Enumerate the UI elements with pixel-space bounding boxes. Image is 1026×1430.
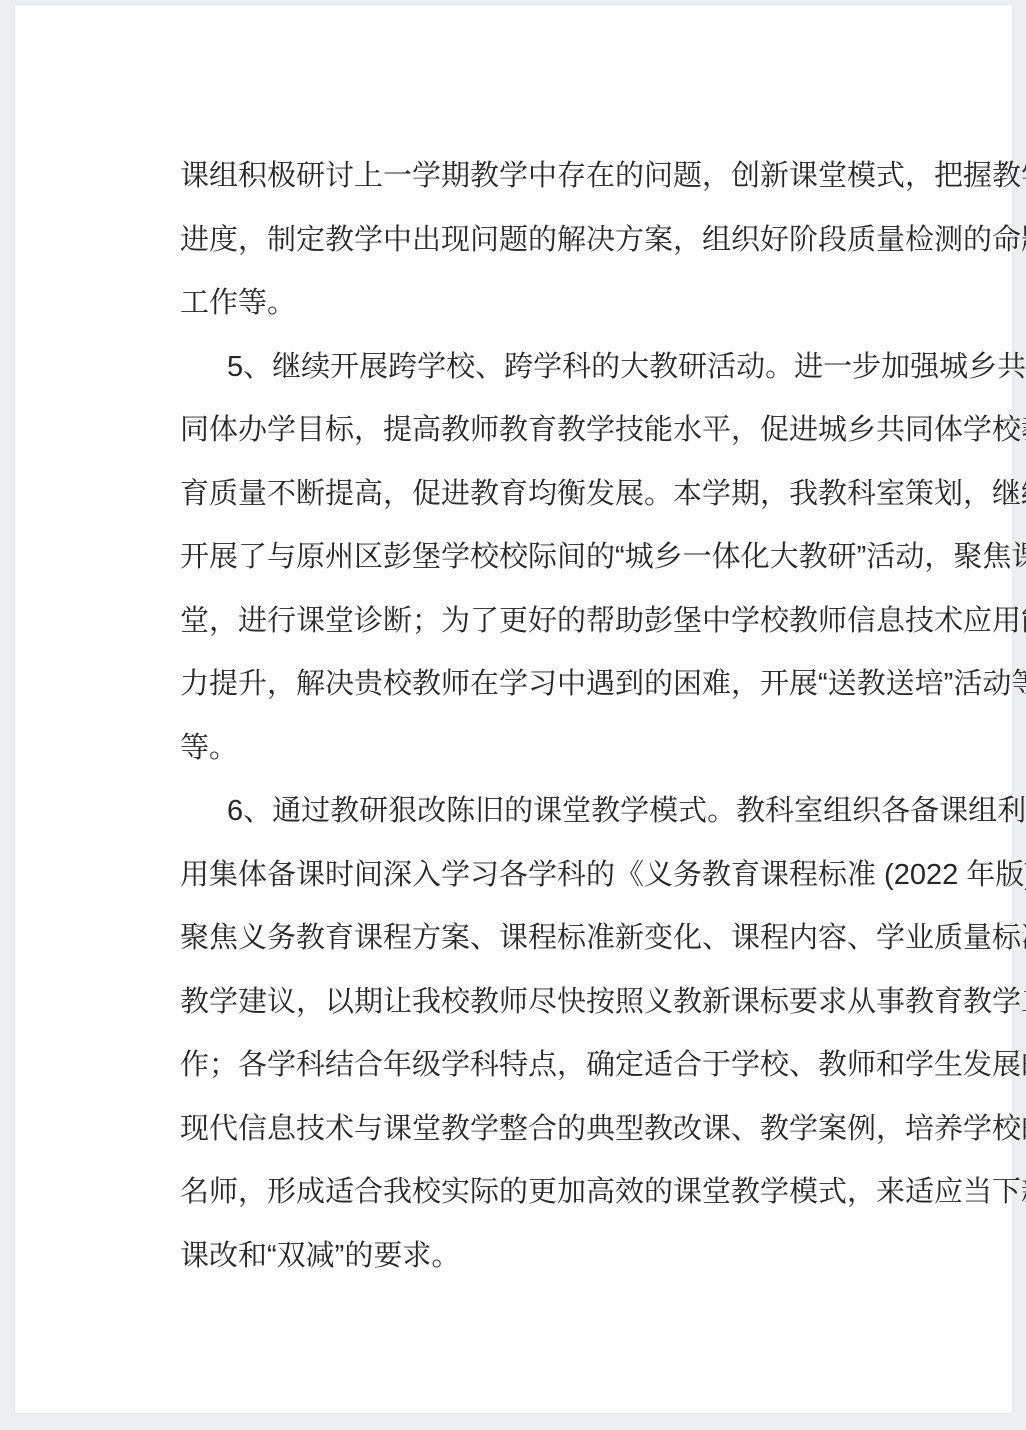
text-line: 用集体备课时间深入学习各学科的《义务教育课程标准 (2022 年版)》, bbox=[180, 844, 890, 908]
text-line: 聚焦义务教育课程方案、课程标准新变化、课程内容、学业质量标准、 bbox=[180, 907, 890, 971]
text-line: 作；各学科结合年级学科特点，确定适合于学校、教师和学生发展的 bbox=[180, 1034, 890, 1098]
text-line: 力提升，解决贵校教师在学习中遇到的困难，开展“送教送培”活动等 bbox=[180, 653, 890, 717]
text-line: 课组积极研讨上一学期教学中存在的问题，创新课堂模式，把握教学 bbox=[180, 145, 890, 209]
text-line: 5、继续开展跨学校、跨学科的大教研活动。进一步加强城乡共 bbox=[180, 336, 890, 400]
text-line: 进度，制定教学中出现问题的解决方案，组织好阶段质量检测的命题 bbox=[180, 209, 890, 273]
text-line: 育质量不断提高，促进教育均衡发展。本学期，我教科室策划，继续 bbox=[180, 463, 890, 527]
text-line: 等。 bbox=[180, 717, 890, 781]
text-line: 同体办学目标，提高教师教育教学技能水平，促进城乡共同体学校教 bbox=[180, 399, 890, 463]
text-line: 堂，进行课堂诊断；为了更好的帮助彭堡中学校教师信息技术应用能 bbox=[180, 590, 890, 654]
document-page: 课组积极研讨上一学期教学中存在的问题，创新课堂模式，把握教学进度，制定教学中出现… bbox=[15, 5, 1012, 1413]
document-body: 课组积极研讨上一学期教学中存在的问题，创新课堂模式，把握教学进度，制定教学中出现… bbox=[180, 145, 890, 1288]
text-line: 现代信息技术与课堂教学整合的典型教改课、教学案例，培养学校的 bbox=[180, 1098, 890, 1162]
text-line: 名师，形成适合我校实际的更加高效的课堂教学模式，来适应当下新 bbox=[180, 1161, 890, 1225]
text-line: 6、通过教研狠改陈旧的课堂教学模式。教科室组织各备课组利 bbox=[180, 780, 890, 844]
text-line: 工作等。 bbox=[180, 272, 890, 336]
text-line: 开展了与原州区彭堡学校校际间的“城乡一体化大教研”活动，聚焦课 bbox=[180, 526, 890, 590]
text-line: 课改和“双减”的要求。 bbox=[180, 1225, 890, 1289]
text-line: 教学建议，以期让我校教师尽快按照义教新课标要求从事教育教学工 bbox=[180, 971, 890, 1035]
